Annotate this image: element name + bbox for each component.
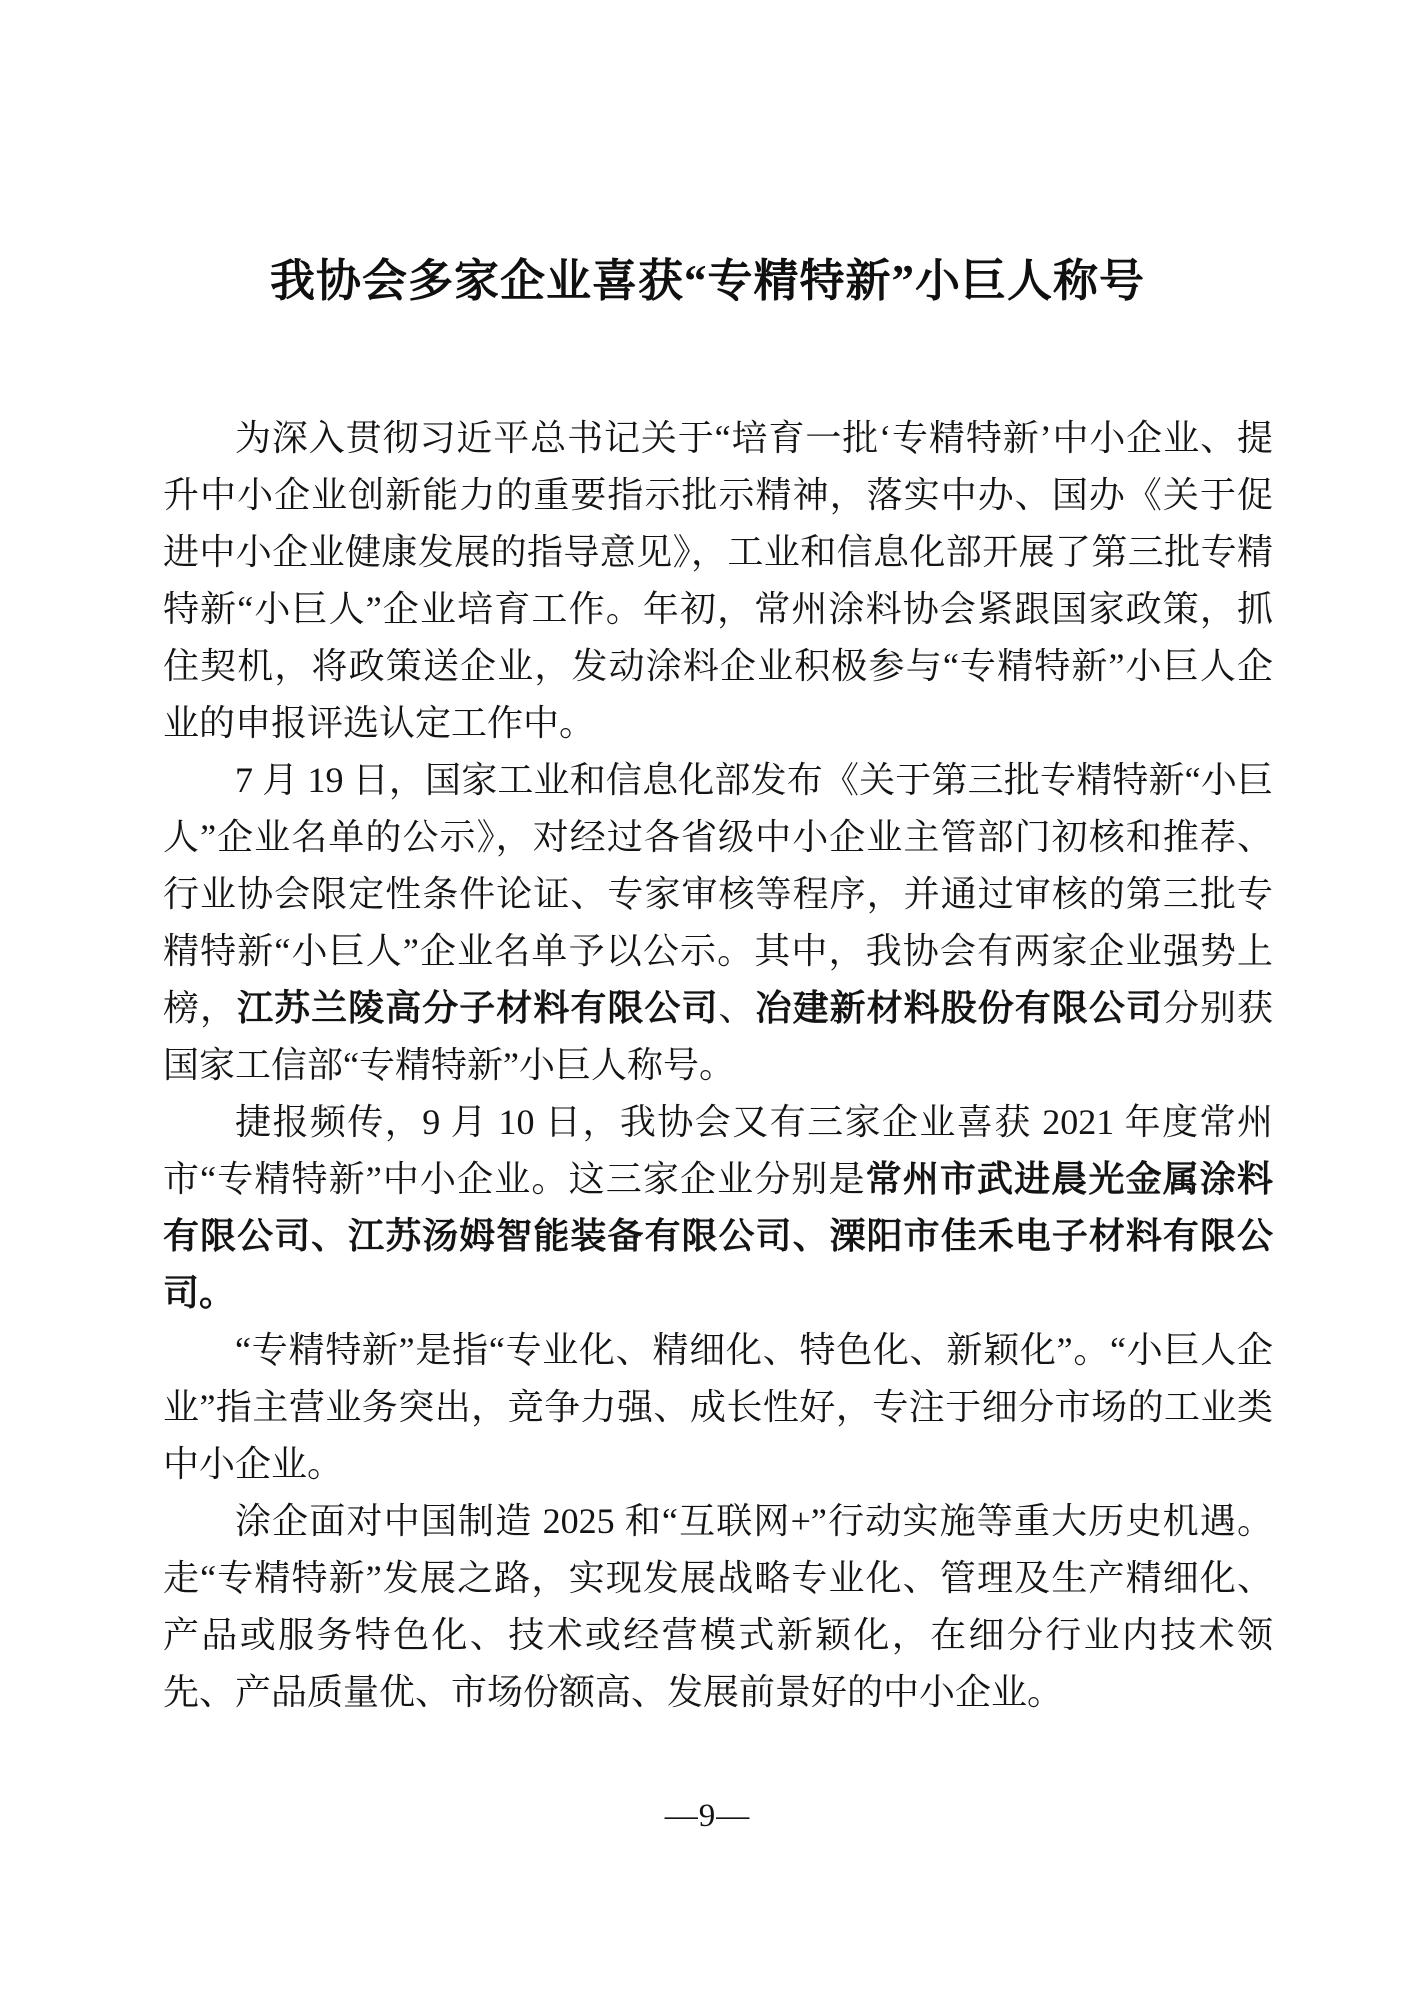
page-title: 我协会多家企业喜获“专精特新”小巨人称号 (0, 252, 1415, 310)
paragraph-2: 7 月 19 日，国家工业和信息化部发布《关于第三批专精特新“小巨人”企业名单的… (163, 752, 1273, 1094)
text-run-separator: 、 (719, 988, 756, 1028)
company-name-jiangsu-lanling: 江苏兰陵高分子材料有限公司 (237, 988, 718, 1028)
document-page: 我协会多家企业喜获“专精特新”小巨人称号 为深入贯彻习近平总书记关于“培育一批‘… (0, 0, 1415, 2000)
text-run: 为深入贯彻习近平总书记关于“培育一批‘专精特新’中小企业、提升中小企业创新能力的… (163, 418, 1273, 743)
text-run: 涂企面对中国制造 2025 和“互联网+”行动实施等重大历史机遇。走“专精特新”… (163, 1501, 1273, 1712)
paragraph-5: 涂企面对中国制造 2025 和“互联网+”行动实施等重大历史机遇。走“专精特新”… (163, 1493, 1273, 1721)
paragraph-3: 捷报频传，9 月 10 日，我协会又有三家企业喜获 2021 年度常州市“专精特… (163, 1094, 1273, 1322)
paragraph-4: “专精特新”是指“专业化、精细化、特色化、新颖化”。“小巨人企业”指主营业务突出… (163, 1322, 1273, 1493)
company-name-yejian: 冶建新材料股份有限公司 (756, 988, 1163, 1028)
page-number: —9— (0, 1796, 1415, 1836)
text-run: “专精特新”是指“专业化、精细化、特色化、新颖化”。“小巨人企业”指主营业务突出… (163, 1330, 1273, 1484)
paragraph-1: 为深入贯彻习近平总书记关于“培育一批‘专精特新’中小企业、提升中小企业创新能力的… (163, 410, 1273, 752)
document-body: 为深入贯彻习近平总书记关于“培育一批‘专精特新’中小企业、提升中小企业创新能力的… (163, 410, 1273, 1721)
